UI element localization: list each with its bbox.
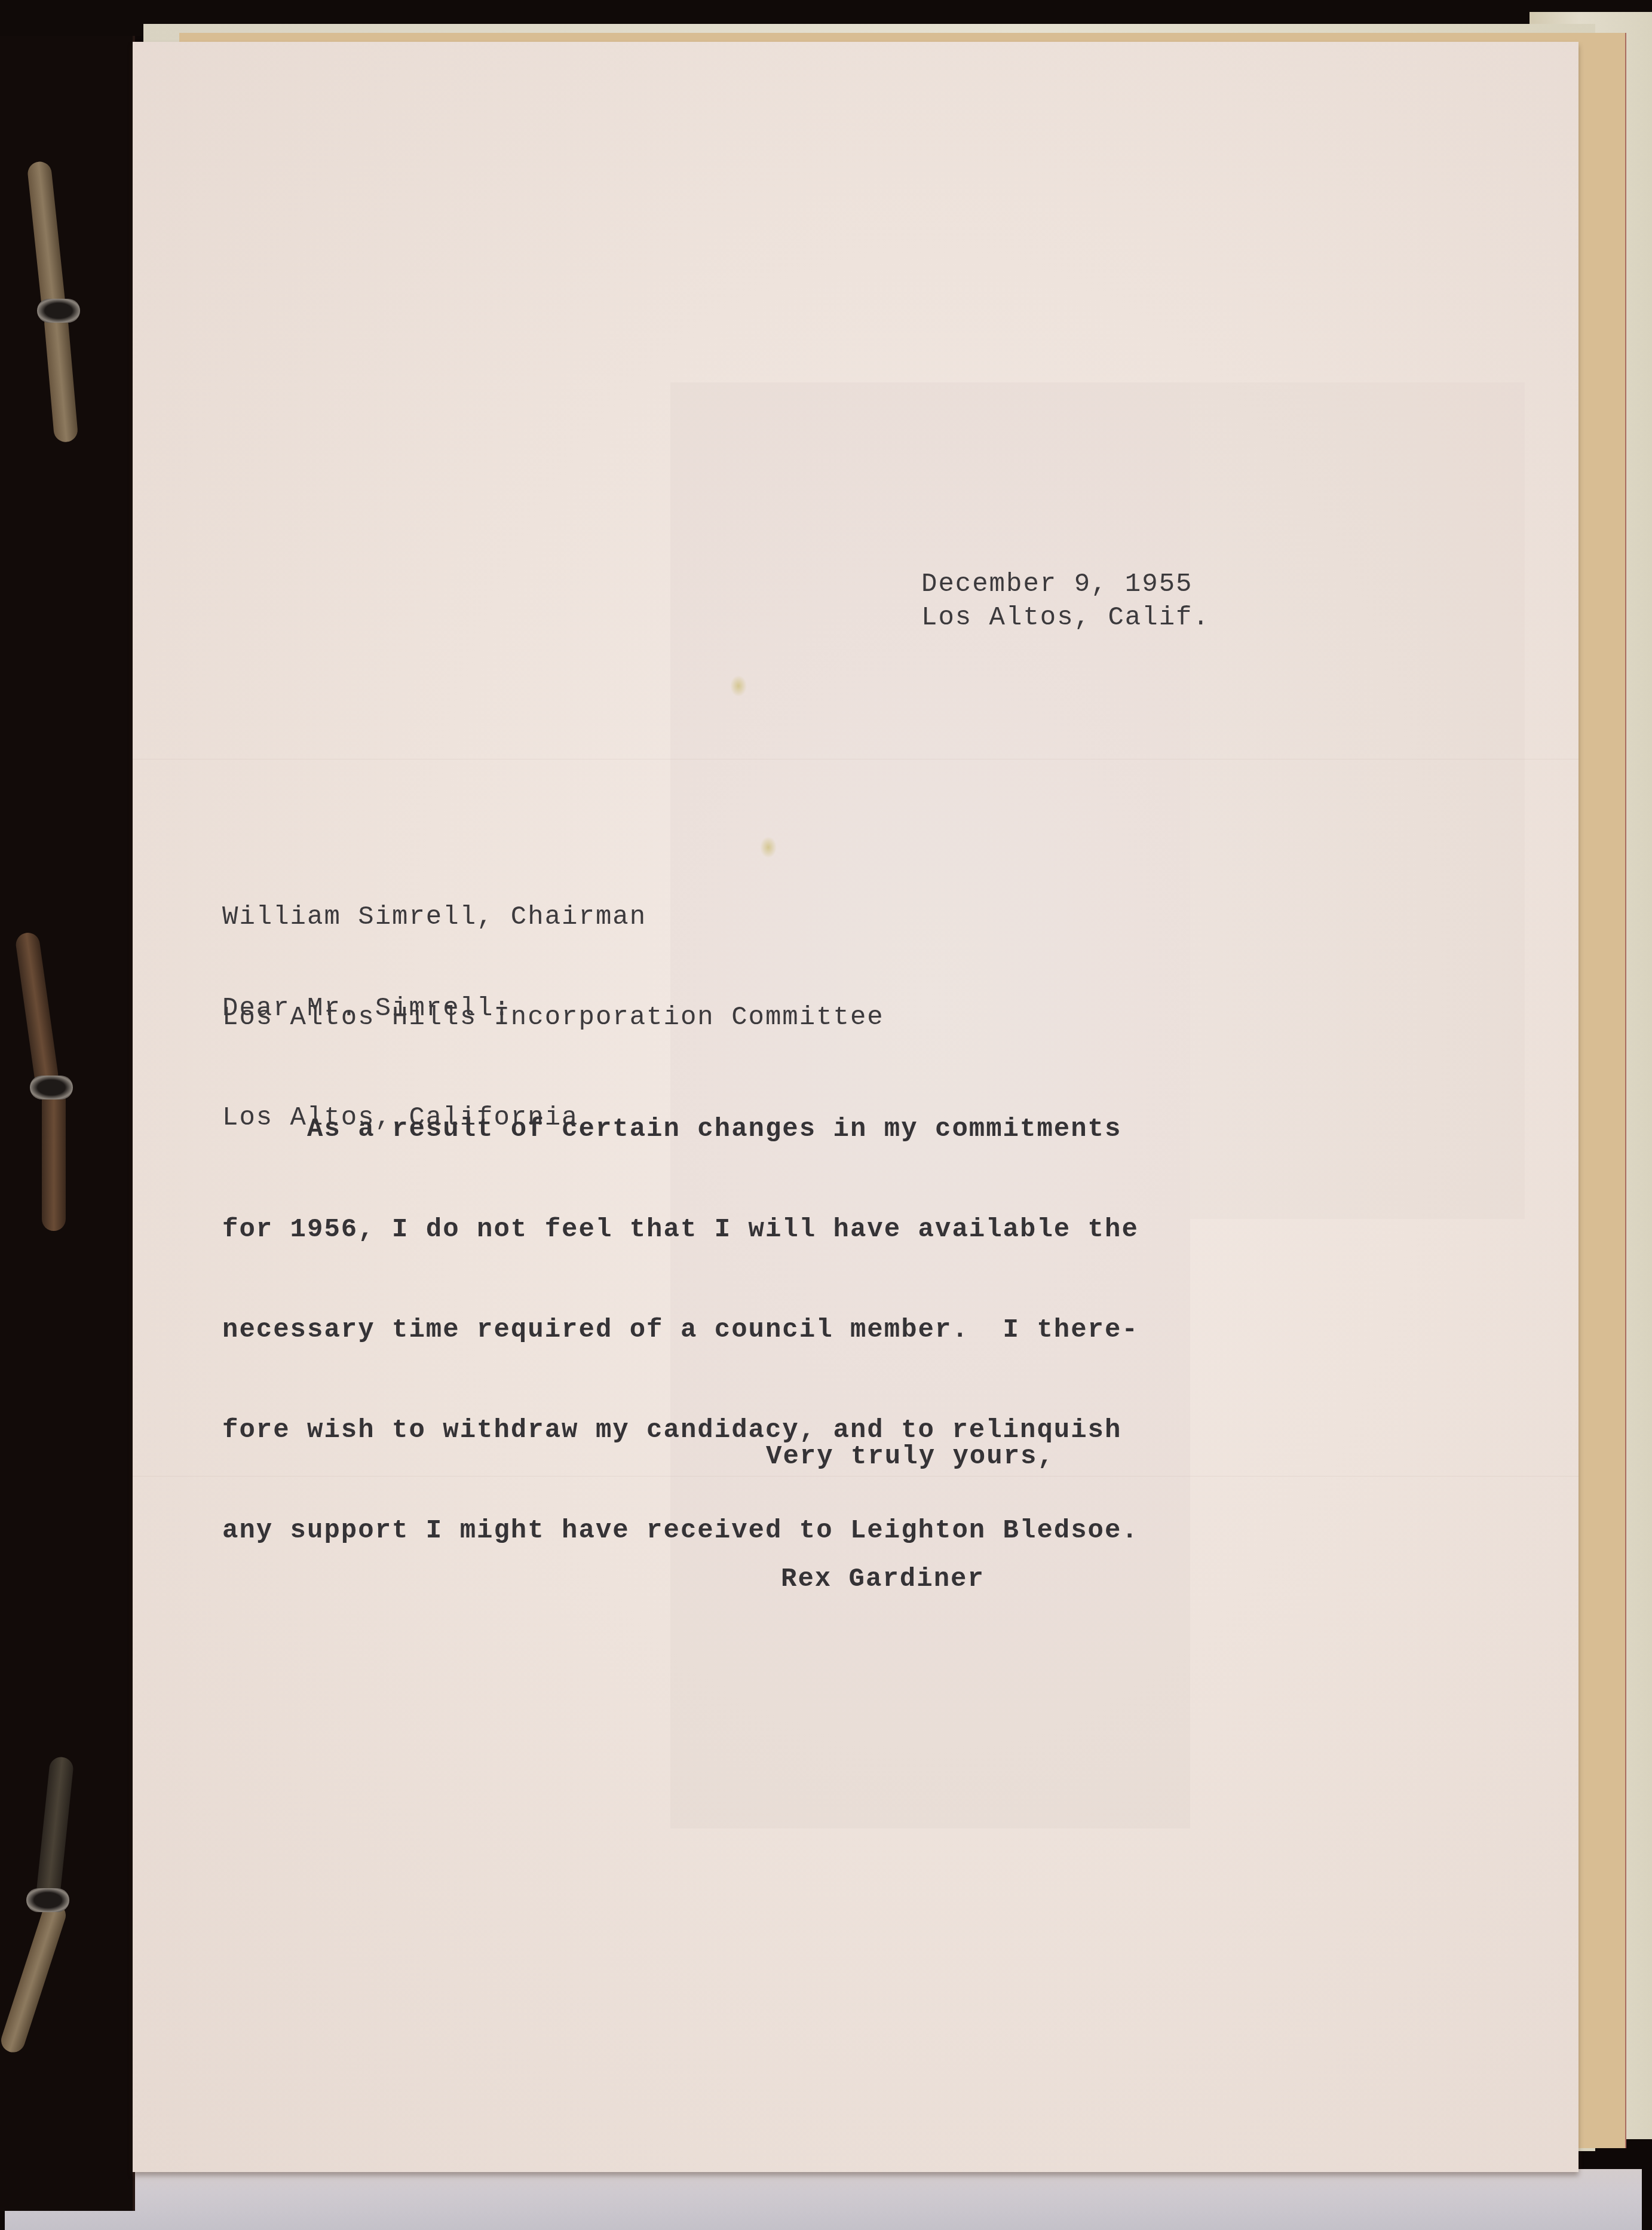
- body-line: for 1956, I do not feel that I will have…: [222, 1213, 1139, 1246]
- body-line: As a result of certain changes in my com…: [222, 1113, 1139, 1146]
- salutation: Dear Mr. Simrell:: [222, 992, 511, 1025]
- letter-page: December 9, 1955 Los Altos, Calif. Willi…: [133, 42, 1579, 2172]
- paper-stain: [730, 675, 747, 697]
- body-line: necessary time required of a council mem…: [222, 1313, 1139, 1347]
- show-through-clipping-right: [1190, 382, 1525, 1219]
- tissue-interleaf: [5, 2169, 1642, 2230]
- recipient-name: William Simrell, Chairman: [222, 900, 884, 934]
- paper-texture-line: [133, 759, 1579, 759]
- body-line: any support I might have received to Lei…: [222, 1514, 1139, 1548]
- letter-body: As a result of certain changes in my com…: [222, 1046, 1139, 1615]
- letter-place: Los Altos, Calif.: [921, 601, 1210, 635]
- letter-date: December 9, 1955: [921, 568, 1193, 601]
- closing: Very truly yours,: [766, 1440, 1055, 1474]
- binder-fastener-bottom-icon: [0, 1757, 84, 2091]
- signature: Rex Gardiner: [781, 1563, 985, 1596]
- binder-fastener-top-icon: [24, 161, 96, 472]
- binder-fastener-middle-icon: [18, 932, 90, 1267]
